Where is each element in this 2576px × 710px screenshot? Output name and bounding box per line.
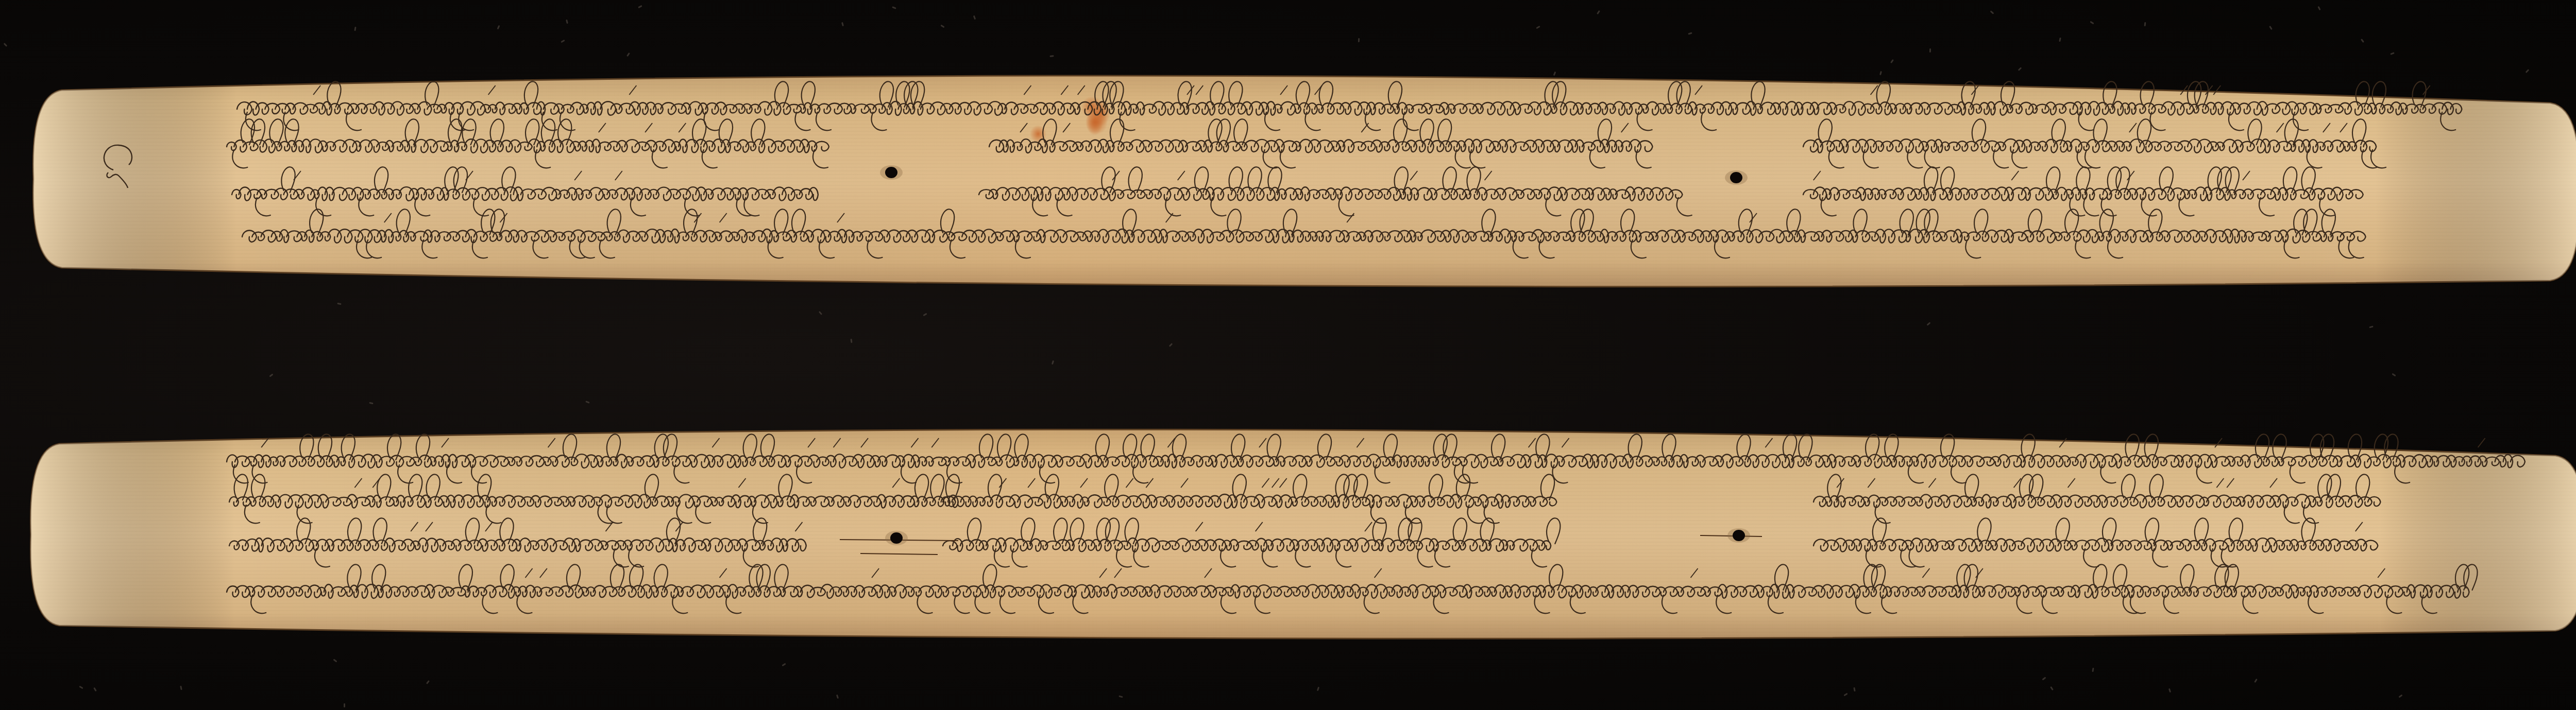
leaf-bottom	[30, 429, 2576, 638]
velvet-speck	[1358, 38, 1360, 42]
string-hole	[1730, 172, 1742, 183]
string-hole	[890, 532, 903, 544]
script-tone-mark	[2478, 438, 2485, 447]
string-hole	[1733, 530, 1745, 541]
script-tone-mark	[2423, 85, 2430, 95]
string-hole	[885, 167, 897, 178]
palm-leaf-manuscript	[0, 0, 2576, 710]
leaf-top	[33, 76, 2576, 287]
velvet-speck	[344, 703, 345, 707]
